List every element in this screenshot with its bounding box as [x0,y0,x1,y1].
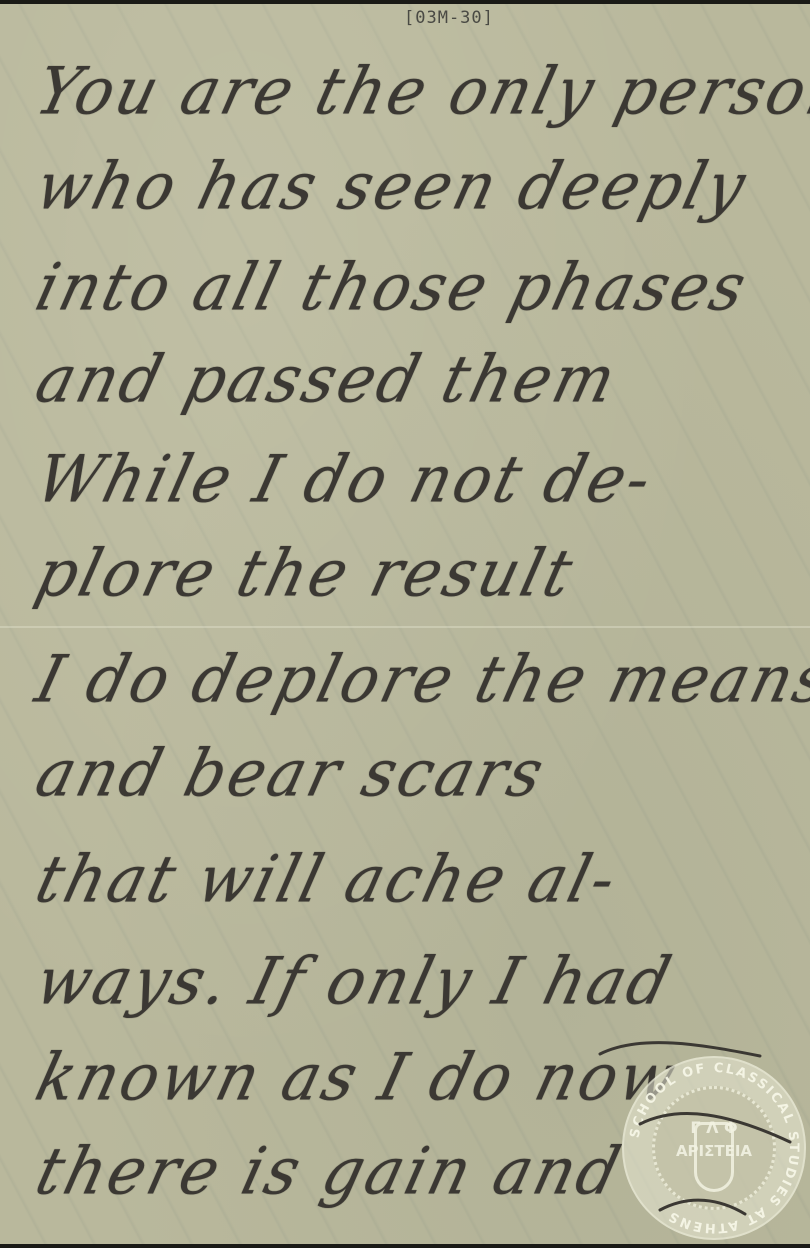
embossed-seal-icon: SCHOOL OF CLASSICAL STUDIES AT ATHENS Γ … [622,1056,806,1240]
handwritten-line-2: who has seen deeply [30,154,810,219]
handwritten-line-4: and passed them [30,347,810,412]
paper-fold-line [0,626,810,628]
handwritten-line-5: While I do not de- [30,447,810,512]
handwritten-line-10: ways. If only I had [30,949,810,1014]
handwritten-line-1: You are the only person [30,59,810,124]
handwritten-line-3: into all those phases [30,255,810,320]
handwritten-line-9: that will ache al- [30,847,810,912]
archive-id-label: [03M-30] [404,8,494,28]
seal-shield-icon [694,1122,734,1192]
handwritten-line-6: plore the result [30,541,810,606]
letter-page: [03M-30] You are the only person who has… [0,4,810,1244]
handwritten-line-8: and bear scars [30,741,810,806]
handwritten-line-7: I do deplore the means [30,647,810,712]
